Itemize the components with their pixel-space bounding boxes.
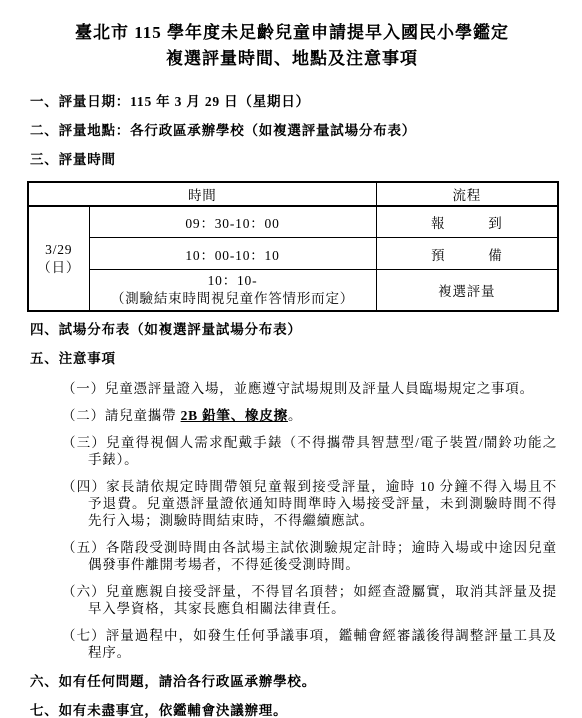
note-number: （四） <box>62 479 106 494</box>
schedule-row-1: 3/29 （日） 09：30-10：00 報 到 <box>28 206 558 238</box>
schedule-date-cell: 3/29 （日） <box>28 206 89 311</box>
note-text: 兒童應親自接受評量，不得冒名頂替；如經查證屬實，取消其評量及提早入學資格，其家長… <box>88 584 557 616</box>
note-text: 家長請依規定時間帶領兒童報到接受評量，逾時 10 分鐘不得入場且不予退費。兒童憑… <box>88 479 557 528</box>
schedule-time-cell-3: 10：10- （測驗結束時間視兒童作答情形而定） <box>89 270 376 312</box>
note-number: （七） <box>62 628 106 643</box>
document-title-line-1: 臺北市 115 學年度未足齡兒童申請提早入國民小學鑑定 <box>27 20 557 46</box>
section-item-2: 二、評量地點：各行政區承辦學校（如複選評量試場分布表） <box>30 123 557 139</box>
schedule-header-process: 流程 <box>376 182 558 206</box>
schedule-time-cell-1: 09：30-10：00 <box>89 206 376 238</box>
schedule-date-weekday: （日） <box>29 259 89 277</box>
note-number: （三） <box>62 435 106 450</box>
schedule-date: 3/29 <box>29 241 89 259</box>
note-item-3: （三）兒童得視個人需求配戴手錶（不得攜帶具智慧型/電子裝置/鬧鈴功能之手錶）。 <box>62 434 557 468</box>
schedule-process-cell-1: 報 到 <box>376 206 558 238</box>
note-text-suffix: 。 <box>288 408 302 423</box>
section-item-3: 三、評量時間 <box>30 152 557 168</box>
note-text: 評量過程中，如發生任何爭議事項，鑑輔會經審議後得調整評量工具及程序。 <box>88 628 557 660</box>
note-text: 各階段受測時間由各試場主試依測驗規定計時；逾時入場或中途因兒童偶發事件離開考場者… <box>88 540 557 572</box>
schedule-time-3-line-1: 10：10- <box>90 272 376 290</box>
note-item-1: （一）兒童憑評量證入場，並應遵守試場規則及評量人員臨場規定之事項。 <box>62 380 557 397</box>
notes-list: （一）兒童憑評量證入場，並應遵守試場規則及評量人員臨場規定之事項。 （二）請兒童… <box>62 380 557 661</box>
schedule-header-time: 時間 <box>28 182 376 206</box>
schedule-table: 時間 流程 3/29 （日） 09：30-10：00 報 到 10：00-10：… <box>27 181 559 312</box>
schedule-time-3-line-2: （測驗結束時間視兒童作答情形而定） <box>90 290 376 308</box>
section-item-7: 七、如有未盡事宜，依鑑輔會決議辦理。 <box>30 703 557 718</box>
note-item-7: （七）評量過程中，如發生任何爭議事項，鑑輔會經審議後得調整評量工具及程序。 <box>62 627 557 661</box>
section-item-6: 六、如有任何問題，請洽各行政區承辦學校。 <box>30 674 557 690</box>
note-number: （五） <box>62 540 106 555</box>
note-item-2: （二）請兒童攜帶 2B 鉛筆、橡皮擦。 <box>62 407 557 424</box>
section-item-4: 四、試場分布表（如複選評量試場分布表） <box>30 322 557 338</box>
schedule-process-cell-2: 預 備 <box>376 238 558 270</box>
schedule-process-cell-3: 複選評量 <box>376 270 558 312</box>
section-item-1: 一、評量日期：115 年 3 月 29 日（星期日） <box>30 94 557 110</box>
section-item-5: 五、注意事項 <box>30 351 557 367</box>
note-text-emphasis: 2B 鉛筆、橡皮擦 <box>181 408 288 423</box>
schedule-time-cell-2: 10：00-10：10 <box>89 238 376 270</box>
note-item-6: （六）兒童應親自接受評量，不得冒名頂替；如經查證屬實，取消其評量及提早入學資格，… <box>62 583 557 617</box>
note-item-5: （五）各階段受測時間由各試場主試依測驗規定計時；逾時入場或中途因兒童偶發事件離開… <box>62 539 557 573</box>
document-page: 臺北市 115 學年度未足齡兒童申請提早入國民小學鑑定 複選評量時間、地點及注意… <box>0 0 582 718</box>
note-number: （二） <box>62 408 105 423</box>
note-item-4: （四）家長請依規定時間帶領兒童報到接受評量，逾時 10 分鐘不得入場且不予退費。… <box>62 478 557 529</box>
schedule-row-2: 10：00-10：10 預 備 <box>28 238 558 270</box>
note-text: 兒童憑評量證入場，並應遵守試場規則及評量人員臨場規定之事項。 <box>105 381 534 396</box>
note-text: 兒童得視個人需求配戴手錶（不得攜帶具智慧型/電子裝置/鬧鈴功能之手錶）。 <box>88 435 557 467</box>
note-number: （一） <box>62 381 105 396</box>
note-text-prefix: 請兒童攜帶 <box>105 408 181 423</box>
document-title: 臺北市 115 學年度未足齡兒童申請提早入國民小學鑑定 複選評量時間、地點及注意… <box>27 20 557 72</box>
note-number: （六） <box>62 584 106 599</box>
schedule-header-row: 時間 流程 <box>28 182 558 206</box>
document-title-line-2: 複選評量時間、地點及注意事項 <box>27 46 557 72</box>
schedule-row-3: 10：10- （測驗結束時間視兒童作答情形而定） 複選評量 <box>28 270 558 312</box>
